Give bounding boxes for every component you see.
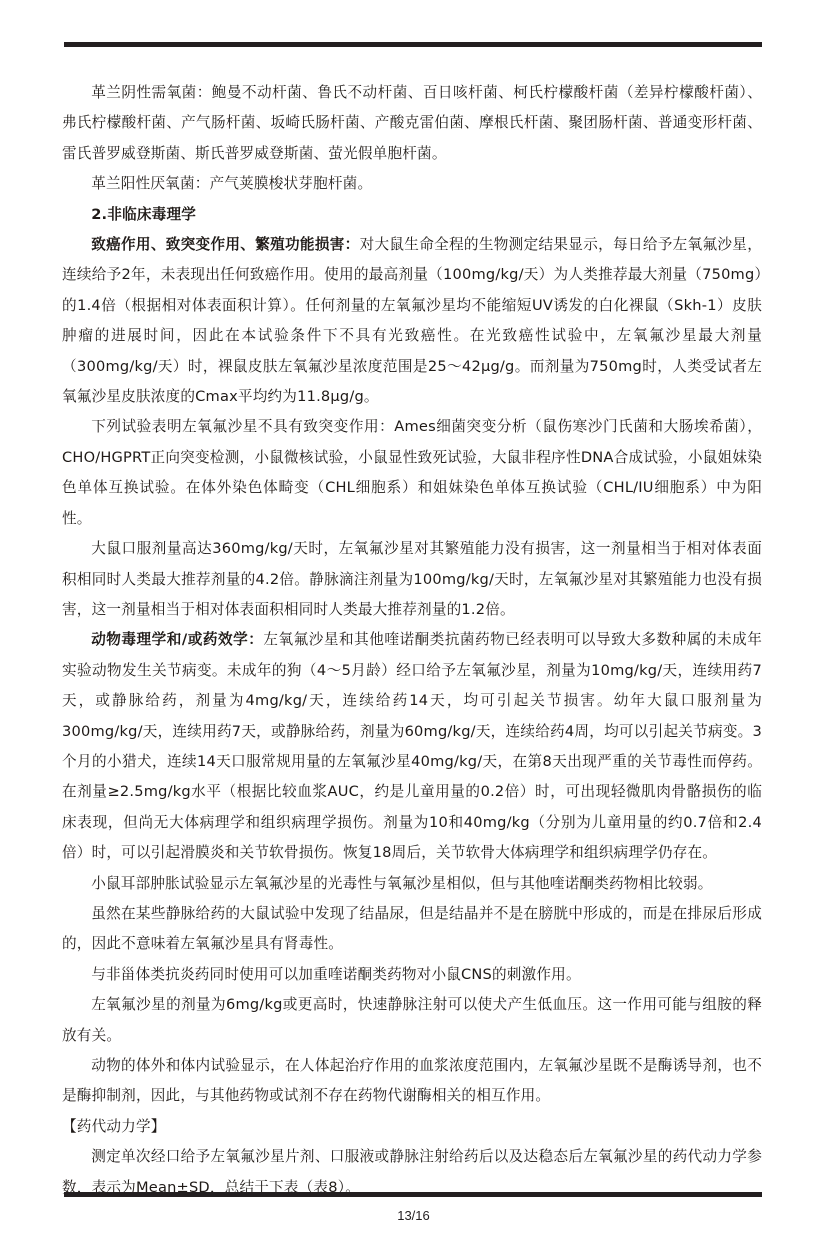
section-heading-nonclinical-toxicology: 2.非临床毒理学	[62, 200, 762, 230]
gram-negative-aerobes-paragraph: 革兰阴性需氧菌：鲍曼不动杆菌、鲁氏不动杆菌、百日咳杆菌、柯氏柠檬酸杆菌（差异柠檬…	[62, 78, 762, 169]
page-number: 13/16	[0, 1208, 827, 1223]
mutagenesis-paragraph: 下列试验表明左氧氟沙星不具有致突变作用：Ames细菌突变分析（鼠伤寒沙门氏菌和大…	[62, 412, 762, 534]
phototoxicity-paragraph: 小鼠耳部肿胀试验显示左氧氟沙星的光毒性与氧氟沙星相似，但与其他喹诺酮类药物相比较…	[62, 869, 762, 899]
fertility-paragraph: 大鼠口服剂量高达360mg/kg/天时，左氧氟沙星对其繁殖能力没有损害，这一剂量…	[62, 534, 762, 625]
document-body: 革兰阴性需氧菌：鲍曼不动杆菌、鲁氏不动杆菌、百日咳杆菌、柯氏柠檬酸杆菌（差异柠檬…	[62, 78, 762, 1203]
enzyme-interaction-paragraph: 动物的体外和体内试验显示，在人体起治疗作用的血浆浓度范围内，左氧氟沙星既不是酶诱…	[62, 1051, 762, 1112]
header-rule	[64, 42, 762, 47]
animal-toxicology-lead: 动物毒理学和/或药效学：	[91, 631, 263, 648]
carcinogenesis-body: 对大鼠生命全程的生物测定结果显示，每日给予左氧氟沙星，连续给予2年，未表现出任何…	[62, 236, 762, 405]
section-heading-pharmacokinetics: 【药代动力学】	[62, 1112, 762, 1142]
gram-positive-anaerobes-paragraph: 革兰阳性厌氧菌：产气荚膜梭状芽胞杆菌。	[62, 169, 762, 199]
footer-rule	[64, 1192, 762, 1197]
animal-toxicology-body: 左氧氟沙星和其他喹诺酮类抗菌药物已经表明可以导致大多数种属的未成年实验动物发生关…	[62, 631, 762, 861]
nsaid-cns-paragraph: 与非甾体类抗炎药同时使用可以加重喹诺酮类药物对小鼠CNS的刺激作用。	[62, 960, 762, 990]
hypotension-paragraph: 左氧氟沙星的剂量为6mg/kg或更高时，快速静脉注射可以使犬产生低血压。这一作用…	[62, 990, 762, 1051]
carcinogenesis-lead: 致癌作用、致突变作用、繁殖功能损害：	[91, 236, 359, 253]
animal-toxicology-paragraph: 动物毒理学和/或药效学：左氧氟沙星和其他喹诺酮类抗菌药物已经表明可以导致大多数种…	[62, 625, 762, 868]
crystalluria-paragraph: 虽然在某些静脉给药的大鼠试验中发现了结晶尿，但是结晶并不是在膀胱中形成的，而是在…	[62, 899, 762, 960]
carcinogenesis-paragraph: 致癌作用、致突变作用、繁殖功能损害：对大鼠生命全程的生物测定结果显示，每日给予左…	[62, 230, 762, 412]
